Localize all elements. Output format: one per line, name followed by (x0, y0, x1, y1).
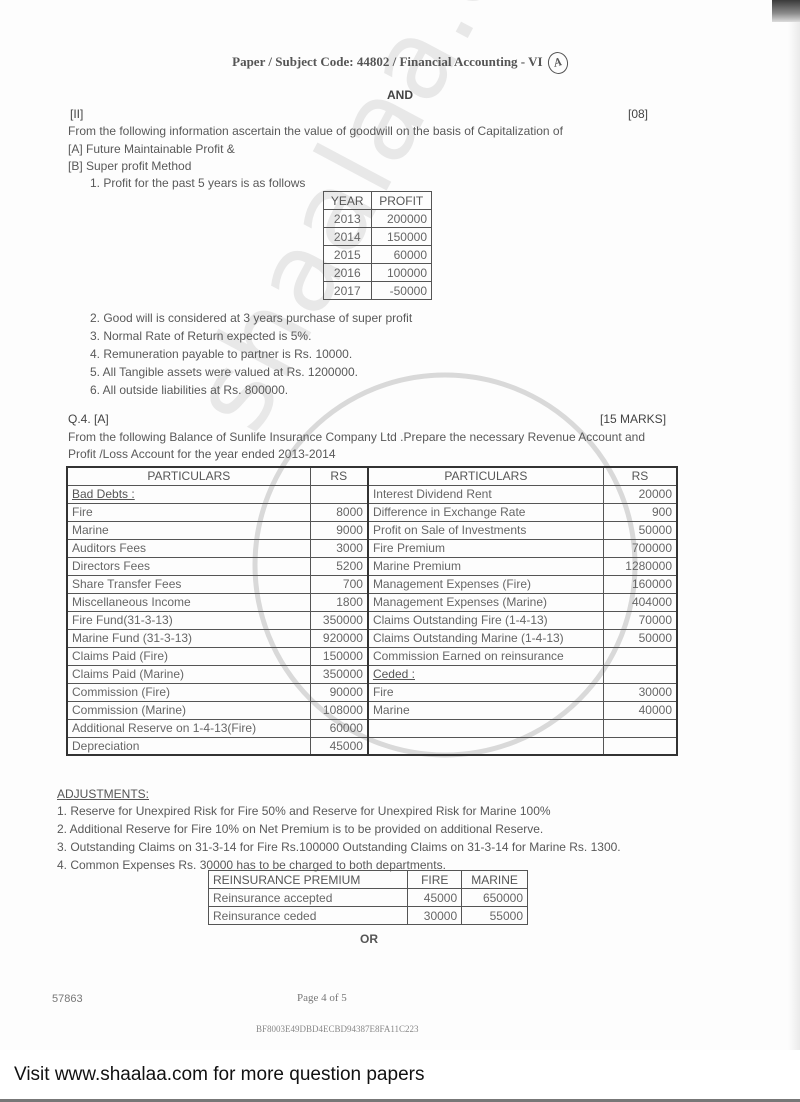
reinsurance-table: REINSURANCE PREMIUM FIRE MARINE Reinsura… (208, 870, 528, 925)
amount-right-cell: 404000 (603, 593, 677, 611)
particulars-right-cell: Management Expenses (Marine) (368, 593, 603, 611)
amount-right-cell: 700000 (603, 539, 677, 557)
amount-left-cell: 9000 (310, 521, 368, 539)
amount-right-cell: 30000 (603, 683, 677, 701)
handwritten-mark: A (545, 50, 570, 76)
particulars-left-cell: Claims Paid (Fire) (67, 647, 310, 665)
particulars-left-cell: Depreciation (67, 737, 310, 755)
question-4a-intro-2: Profit /Loss Account for the year ended … (68, 447, 336, 461)
profit-table: YEAR PROFIT 2013200000201415000020156000… (323, 191, 432, 300)
document-hash: BF8003E49DBD4ECBD94387E8FA11C223 (256, 1024, 419, 1034)
column-header-profit: PROFIT (371, 192, 431, 210)
particulars-left-cell: Share Transfer Fees (67, 575, 310, 593)
particulars-left-cell: Commission (Marine) (67, 701, 310, 719)
profit-row: 2016100000 (324, 264, 432, 282)
particulars-left-cell: Fire Fund(31-3-13) (67, 611, 310, 629)
particulars-right-cell: Fire Premium (368, 539, 603, 557)
and-separator: AND (0, 88, 800, 102)
particulars-right-cell: Claims Outstanding Fire (1-4-13) (368, 611, 603, 629)
balance-row: Auditors Fees3000Fire Premium700000 (67, 539, 677, 557)
amount-left-cell: 350000 (310, 665, 368, 683)
option-b: [B] Super profit Method (68, 159, 191, 173)
year-cell: 2015 (324, 246, 372, 264)
scan-shadow-edge (788, 22, 800, 1050)
amount-left-cell: 108000 (310, 701, 368, 719)
reinsurance-row: Reinsurance ceded3000055000 (209, 907, 528, 925)
amount-right-cell: 50000 (603, 629, 677, 647)
balance-row: Commission (Fire)90000Fire30000 (67, 683, 677, 701)
amount-left-cell: 150000 (310, 647, 368, 665)
marine-cell: 55000 (462, 907, 528, 925)
year-cell: 2016 (324, 264, 372, 282)
point-item: 4. Remuneration payable to partner is Rs… (90, 347, 352, 361)
amount-right-cell (603, 719, 677, 737)
particulars-right-cell: Interest Dividend Rent (368, 485, 603, 503)
amount-right-cell: 1280000 (603, 557, 677, 575)
question-number: [II] (70, 107, 83, 121)
particulars-left-cell: Marine Fund (31-3-13) (67, 629, 310, 647)
particulars-right-cell: Fire (368, 683, 603, 701)
scanned-page: shaalaa.com Paper / Subject Code: 44802 … (0, 0, 800, 1050)
particulars-left-cell: Miscellaneous Income (67, 593, 310, 611)
amount-left-cell: 700 (310, 575, 368, 593)
balance-row: Share Transfer Fees700Management Expense… (67, 575, 677, 593)
profit-cell: 60000 (371, 246, 431, 264)
profit-row: 201560000 (324, 246, 432, 264)
promo-banner: Visit www.shaalaa.com for more question … (0, 1050, 800, 1102)
year-cell: 2014 (324, 228, 372, 246)
question-4a-marks: [15 MARKS] (600, 412, 666, 426)
profit-row: 2017-50000 (324, 282, 432, 300)
particulars-right-cell: Claims Outstanding Marine (1-4-13) (368, 629, 603, 647)
amount-left-cell: 90000 (310, 683, 368, 701)
amount-right-cell: 20000 (603, 485, 677, 503)
particulars-right-cell: Profit on Sale of Investments (368, 521, 603, 539)
profit-cell: 200000 (371, 210, 431, 228)
paper-title: Paper / Subject Code: 44802 / Financial … (232, 54, 542, 69)
balance-table: PARTICULARS RS PARTICULARS RS Bad Debts … (66, 466, 678, 756)
paper-header: Paper / Subject Code: 44802 / Financial … (0, 52, 800, 74)
profit-cell: 150000 (371, 228, 431, 246)
particulars-right-cell: Management Expenses (Fire) (368, 575, 603, 593)
point-1: 1. Profit for the past 5 years is as fol… (90, 176, 305, 190)
amount-right-cell (603, 647, 677, 665)
adjustment-item: 3. Outstanding Claims on 31-3-14 for Fir… (57, 840, 621, 854)
balance-row: Claims Paid (Fire)150000Commission Earne… (67, 647, 677, 665)
balance-row: Commission (Marine)108000Marine40000 (67, 701, 677, 719)
particulars-right-cell: Difference in Exchange Rate (368, 503, 603, 521)
particulars-left-cell: Marine (67, 521, 310, 539)
page-number: Page 4 of 5 (297, 992, 347, 1004)
particulars-right-cell (368, 737, 603, 755)
profit-cell: -50000 (371, 282, 431, 300)
particulars-right-cell: Marine (368, 701, 603, 719)
adjustment-item: 2. Additional Reserve for Fire 10% on Ne… (57, 822, 543, 836)
column-header-reinsurance: REINSURANCE PREMIUM (209, 871, 408, 889)
fire-cell: 30000 (408, 907, 462, 925)
option-a: [A] Future Maintainable Profit & (68, 142, 235, 156)
column-header-year: YEAR (324, 192, 372, 210)
balance-row: Claims Paid (Marine)350000Ceded : (67, 665, 677, 683)
point-item: 2. Good will is considered at 3 years pu… (90, 311, 412, 325)
particulars-right-cell: Ceded : (368, 665, 603, 683)
amount-right-cell (603, 737, 677, 755)
amount-left-cell: 45000 (310, 737, 368, 755)
particulars-right-cell: Commission Earned on reinsurance (368, 647, 603, 665)
year-cell: 2017 (324, 282, 372, 300)
amount-left-cell (310, 485, 368, 503)
question-4a-intro-1: From the following Balance of Sunlife In… (68, 430, 645, 444)
balance-row: Directors Fees5200Marine Premium1280000 (67, 557, 677, 575)
amount-left-cell: 5200 (310, 557, 368, 575)
profit-cell: 100000 (371, 264, 431, 282)
amount-left-cell: 8000 (310, 503, 368, 521)
or-separator: OR (360, 932, 378, 946)
particulars-left-cell: Additional Reserve on 1-4-13(Fire) (67, 719, 310, 737)
balance-row: Marine Fund (31-3-13)920000Claims Outsta… (67, 629, 677, 647)
amount-right-cell: 900 (603, 503, 677, 521)
balance-row: Marine9000Profit on Sale of Investments5… (67, 521, 677, 539)
question-intro: From the following information ascertain… (68, 124, 563, 138)
point-item: 3. Normal Rate of Return expected is 5%. (90, 329, 311, 343)
particulars-left-cell: Bad Debts : (67, 485, 310, 503)
particulars-left-cell: Directors Fees (67, 557, 310, 575)
balance-row: Bad Debts :Interest Dividend Rent20000 (67, 485, 677, 503)
column-header-particulars-right: PARTICULARS (368, 467, 603, 485)
particulars-left-cell: Claims Paid (Marine) (67, 665, 310, 683)
profit-row: 2014150000 (324, 228, 432, 246)
amount-right-cell: 70000 (603, 611, 677, 629)
marine-cell: 650000 (462, 889, 528, 907)
amount-left-cell: 60000 (310, 719, 368, 737)
amount-left-cell: 3000 (310, 539, 368, 557)
adjustments-title: ADJUSTMENTS: (57, 787, 149, 801)
balance-row: Fire Fund(31-3-13)350000Claims Outstandi… (67, 611, 677, 629)
column-header-fire: FIRE (408, 871, 462, 889)
amount-right-cell (603, 665, 677, 683)
balance-row: Fire8000Difference in Exchange Rate900 (67, 503, 677, 521)
particulars-left-cell: Commission (Fire) (67, 683, 310, 701)
particulars-left-cell: Auditors Fees (67, 539, 310, 557)
promo-link[interactable]: Visit www.shaalaa.com for more question … (14, 1064, 424, 1086)
amount-left-cell: 920000 (310, 629, 368, 647)
year-cell: 2013 (324, 210, 372, 228)
reinsurance-label-cell: Reinsurance accepted (209, 889, 408, 907)
amount-right-cell: 160000 (603, 575, 677, 593)
paper-code: 57863 (52, 993, 83, 1005)
column-header-particulars-left: PARTICULARS (67, 467, 310, 485)
reinsurance-label-cell: Reinsurance ceded (209, 907, 408, 925)
adjustment-item: 1. Reserve for Unexpired Risk for Fire 5… (57, 804, 551, 818)
balance-row: Miscellaneous Income1800Management Expen… (67, 593, 677, 611)
profit-row: 2013200000 (324, 210, 432, 228)
amount-right-cell: 50000 (603, 521, 677, 539)
fire-cell: 45000 (408, 889, 462, 907)
point-item: 5. All Tangible assets were valued at Rs… (90, 365, 358, 379)
column-header-rs-right: RS (603, 467, 677, 485)
point-item: 6. All outside liabilities at Rs. 800000… (90, 383, 288, 397)
question-4a-number: Q.4. [A] (68, 412, 109, 426)
column-header-rs-left: RS (310, 467, 368, 485)
balance-row: Depreciation45000 (67, 737, 677, 755)
amount-left-cell: 350000 (310, 611, 368, 629)
particulars-left-cell: Fire (67, 503, 310, 521)
particulars-right-cell (368, 719, 603, 737)
scan-shadow-corner (772, 0, 800, 22)
reinsurance-row: Reinsurance accepted45000650000 (209, 889, 528, 907)
balance-row: Additional Reserve on 1-4-13(Fire)60000 (67, 719, 677, 737)
amount-right-cell: 40000 (603, 701, 677, 719)
amount-left-cell: 1800 (310, 593, 368, 611)
column-header-marine: MARINE (462, 871, 528, 889)
particulars-right-cell: Marine Premium (368, 557, 603, 575)
question-marks: [08] (628, 107, 648, 121)
